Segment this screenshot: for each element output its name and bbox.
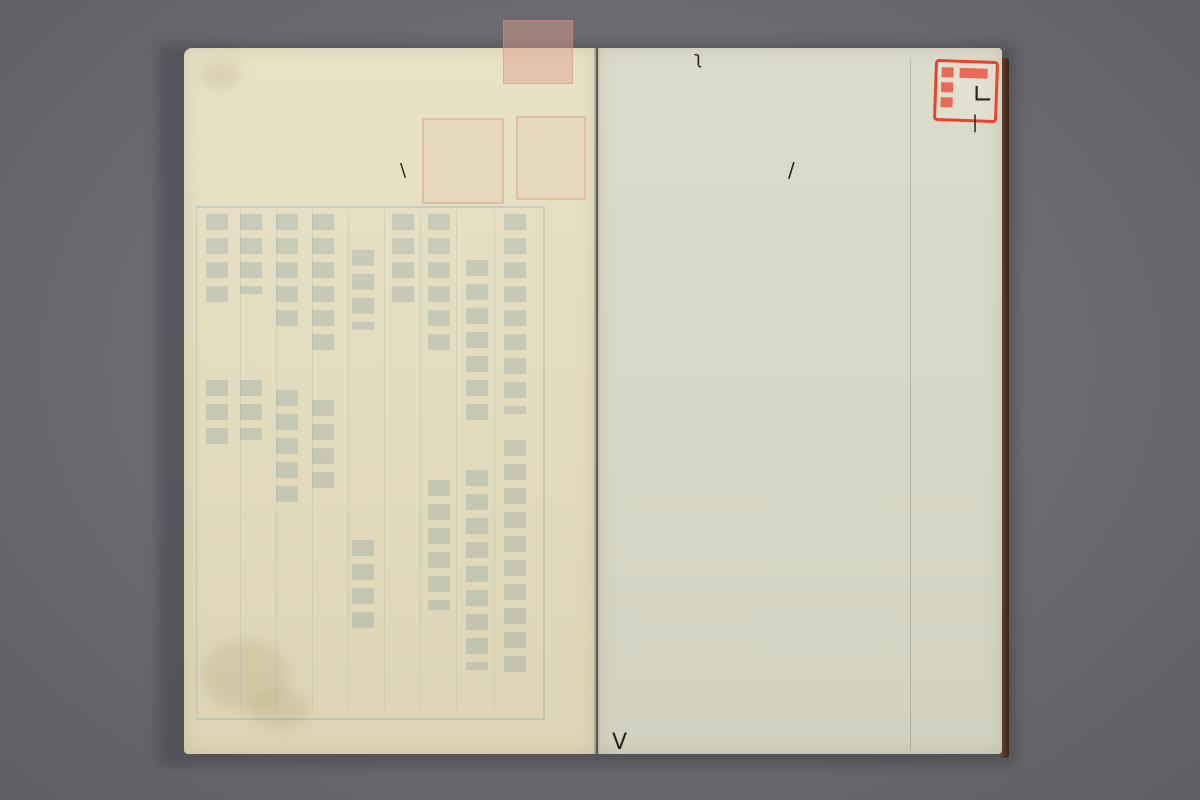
show-through-text-column xyxy=(240,380,262,440)
show-through-text-column xyxy=(312,400,334,490)
column-rule xyxy=(420,210,421,710)
show-through-text-column xyxy=(240,214,262,294)
seal-glyph xyxy=(941,82,953,92)
right-page xyxy=(598,48,1002,754)
show-through-text-column xyxy=(466,470,488,670)
show-through-text-column xyxy=(504,214,526,414)
ink-mark: / xyxy=(788,158,795,182)
book-gutter xyxy=(594,48,600,754)
column-rule xyxy=(348,210,349,710)
show-through-text-column xyxy=(352,540,374,630)
ink-mark: \ xyxy=(400,160,406,181)
seal-glyph xyxy=(940,97,952,107)
faint-seal-right xyxy=(516,116,586,200)
faint-seal-left xyxy=(422,118,504,204)
ink-mark: ʅ xyxy=(694,48,702,69)
show-through-text-column xyxy=(206,214,228,304)
faint-seal-top xyxy=(503,20,573,84)
column-rule xyxy=(494,210,495,710)
show-through-text-column xyxy=(504,440,526,680)
show-through-text-column xyxy=(392,214,414,304)
paper-fold-line xyxy=(910,60,911,750)
seal-glyph xyxy=(941,67,953,77)
show-through-text-column xyxy=(312,214,334,354)
seal-glyph xyxy=(959,68,987,79)
show-through-text-column xyxy=(352,250,374,330)
show-through-text-column xyxy=(466,260,488,420)
show-through-text-column xyxy=(276,214,298,334)
column-rule xyxy=(456,210,457,710)
show-through-text-column xyxy=(428,480,450,610)
ink-mark: | xyxy=(972,112,978,133)
show-through-text-column xyxy=(276,390,298,510)
ink-mark: V xyxy=(612,730,627,755)
column-rule xyxy=(384,210,385,710)
ink-mark: ∟ xyxy=(972,80,994,110)
paper-stain xyxy=(200,60,240,90)
show-through-text-column xyxy=(206,380,228,450)
show-through-text-column xyxy=(428,214,450,354)
